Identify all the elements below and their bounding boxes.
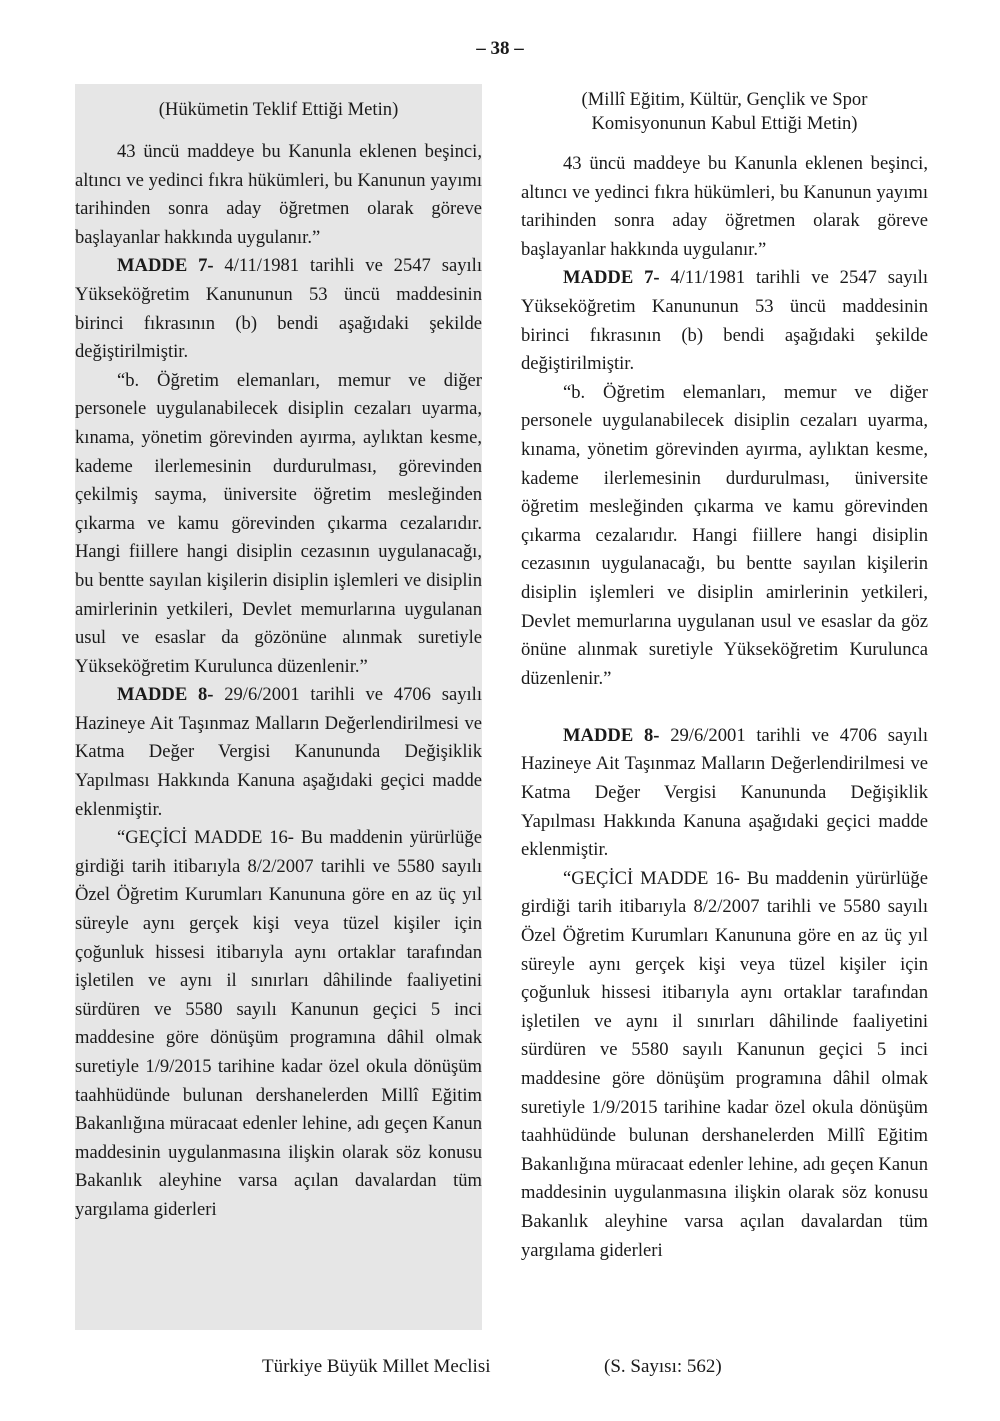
article-label: MADDE 8- xyxy=(563,725,659,746)
column-title-line: Komisyonunun Kabul Ettiği Metin) xyxy=(521,112,928,136)
column-title-line: (Millî Eğitim, Kültür, Gençlik ve Spor xyxy=(521,88,928,112)
paragraph: “GEÇİCİ MADDE 16- Bu maddenin yürürlüğe … xyxy=(75,824,482,1224)
paragraph: 43 üncü maddeye bu Kanunla eklenen beşin… xyxy=(521,150,928,264)
column-title: (Hükümetin Teklif Ettiği Metin) xyxy=(75,84,482,138)
commission-accepted-column: (Millî Eğitim, Kültür, Gençlik ve Spor K… xyxy=(521,84,928,1265)
paragraph: 43 üncü maddeye bu Kanunla eklenen beşin… xyxy=(75,138,482,252)
paragraph: “b. Öğretim elemanları, memur ve diğer p… xyxy=(521,379,928,694)
page-number: – 38 – xyxy=(0,38,1000,60)
column-title: (Millî Eğitim, Kültür, Gençlik ve Spor K… xyxy=(521,84,928,150)
madde-8-paragraph: MADDE 8- 29/6/2001 tarihli ve 4706 sayıl… xyxy=(521,722,928,865)
paragraph: “b. Öğretim elemanları, memur ve diğer p… xyxy=(75,367,482,682)
government-proposal-column: (Hükümetin Teklif Ettiği Metin) 43 üncü … xyxy=(75,84,482,1330)
footer-institution: Türkiye Büyük Millet Meclisi xyxy=(262,1356,491,1378)
paragraph: “GEÇİCİ MADDE 16- Bu maddenin yürürlüğe … xyxy=(521,865,928,1265)
footer-issue-number: (S. Sayısı: 562) xyxy=(604,1356,722,1378)
article-label: MADDE 7- xyxy=(117,255,214,276)
article-label: MADDE 7- xyxy=(563,267,660,288)
spacer xyxy=(521,693,928,722)
madde-8-paragraph: MADDE 8- 29/6/2001 tarihli ve 4706 sayıl… xyxy=(75,681,482,824)
article-label: MADDE 8- xyxy=(117,684,213,705)
madde-7-paragraph: MADDE 7- 4/11/1981 tarihli ve 2547 sayıl… xyxy=(75,252,482,366)
madde-7-paragraph: MADDE 7- 4/11/1981 tarihli ve 2547 sayıl… xyxy=(521,264,928,378)
